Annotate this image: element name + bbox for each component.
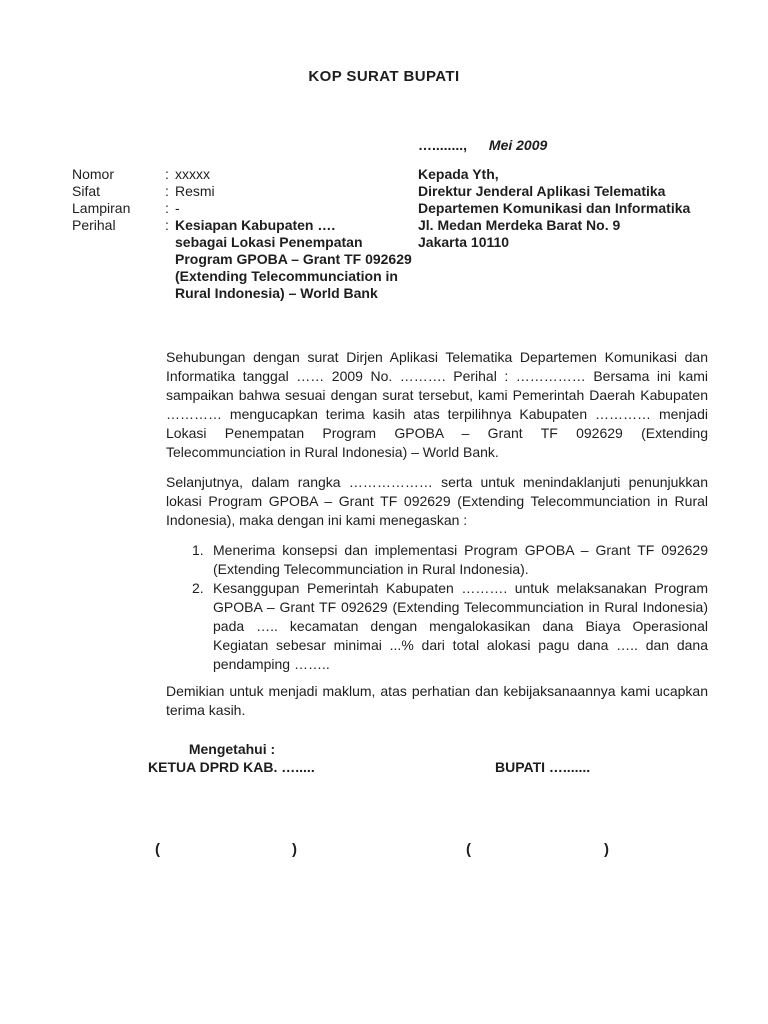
dateline: …........, Mei 2009 [418, 137, 547, 153]
meta-value: Resmi [175, 183, 412, 200]
meta-colon: : [165, 183, 175, 200]
letter-title: KOP SURAT BUPATI [0, 68, 768, 85]
signature-right-title: BUPATI …....... [495, 759, 590, 775]
meta-row-lampiran: Lampiran : - [72, 200, 412, 217]
body-paragraph-1: Sehubungan dengan surat Dirjen Aplikasi … [166, 348, 708, 462]
list-item-text: Kesanggupan Pemerintah Kabupaten ………. un… [213, 579, 708, 674]
closing-paragraph: Demikian untuk menjadi maklum, atas perh… [166, 682, 708, 720]
list-item: 1. Menerima konsepsi dan implementasi Pr… [166, 541, 708, 579]
meta-colon: : [165, 166, 175, 183]
meta-colon: : [165, 200, 175, 217]
list-item-number: 1. [192, 541, 213, 579]
signature-left-paren-open: ( [155, 841, 160, 858]
meta-label: Lampiran [72, 200, 165, 217]
meta-label: Nomor [72, 166, 165, 183]
meta-row-nomor: Nomor : xxxxx [72, 166, 412, 183]
meta-row-perihal: Perihal : Kesiapan Kabupaten …. sebagai … [72, 217, 412, 302]
recipient-address-block: Kepada Yth, Direktur Jenderal Aplikasi T… [418, 166, 718, 251]
meta-block: Nomor : xxxxx Sifat : Resmi Lampiran : -… [72, 166, 412, 302]
letter-document-page: KOP SURAT BUPATI …........, Mei 2009 Nom… [0, 0, 768, 1024]
signature-left-title: KETUA DPRD KAB. …..... [148, 759, 315, 775]
meta-label: Sifat [72, 183, 165, 200]
signature-left-paren-close: ) [292, 841, 297, 858]
list-item-text: Menerima konsepsi dan implementasi Progr… [213, 541, 708, 579]
dateline-place-dots: …........, [418, 137, 467, 153]
signature-acknowledge-label: Mengetahui : [148, 741, 316, 757]
signature-right-paren-open: ( [466, 841, 471, 858]
body-paragraph-2: Selanjutnya, dalam rangka ……………… serta u… [166, 473, 708, 530]
signature-right-paren-close: ) [604, 841, 609, 858]
list-item-number: 2. [192, 579, 213, 674]
numbered-list: 1. Menerima konsepsi dan implementasi Pr… [166, 541, 708, 674]
meta-value: xxxxx [175, 166, 412, 183]
meta-row-sifat: Sifat : Resmi [72, 183, 412, 200]
meta-label: Perihal [72, 217, 165, 234]
meta-colon: : [165, 217, 175, 234]
letter-body: Sehubungan dengan surat Dirjen Aplikasi … [166, 348, 708, 720]
meta-value: - [175, 200, 412, 217]
dateline-date: Mei 2009 [489, 137, 547, 153]
meta-value-subject: Kesiapan Kabupaten …. sebagai Lokasi Pen… [175, 217, 412, 302]
list-item: 2. Kesanggupan Pemerintah Kabupaten ……….… [166, 579, 708, 674]
